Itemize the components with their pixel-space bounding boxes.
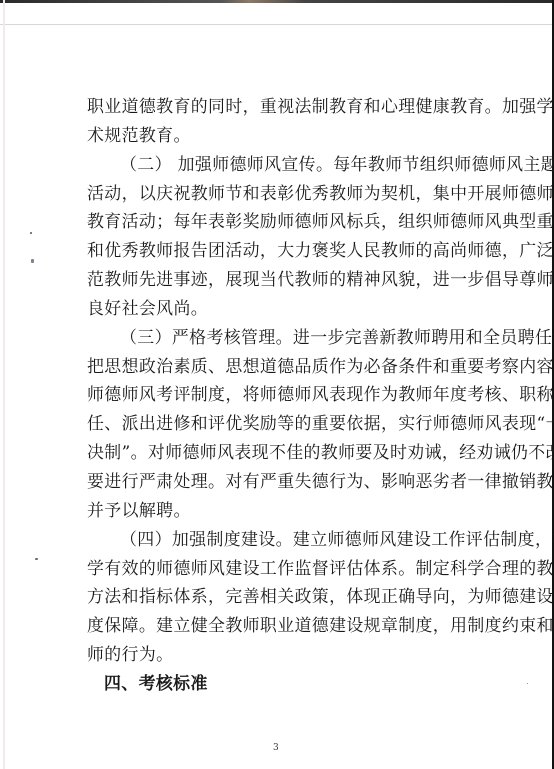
document-body: 职业道德教育的同时，重视法制教育和心理健康教育。加强学风和学 术规范教育。 （二… (87, 92, 467, 698)
paragraph-line: 良好社会风尚。 (87, 294, 467, 323)
scan-fold-line (0, 24, 554, 25)
section-3-first-line: （三）严格考核管理。进一步完善新教师聘用和全员聘任制度， (87, 323, 467, 352)
paragraph-line: 度保障。建立健全教师职业道德建设规章制度，用制度约束和规范教 (87, 611, 467, 640)
scan-speck (30, 232, 32, 234)
section-heading: 四、考核标准 (87, 669, 467, 698)
paragraph-line: 和优秀教师报告团活动，大力褒奖人民教师的高尚师德，广泛宣传模 (87, 236, 467, 265)
paragraph-line: 方法和指标体系，完善相关政策，体现正确导向，为师德建设提供制 (87, 582, 467, 611)
scan-speck (527, 683, 528, 684)
paragraph-line: 要进行严肃处理。对有严重失德行为、影响恶劣者一律撤销教师资格 (87, 467, 467, 496)
section-4-first-line: （四）加强制度建设。建立师德师风建设工作评估制度，构建科 (87, 525, 467, 554)
paragraph-line: 任、派出进修和评优奖励等的重要依据，实行师德师风表现“一票否 (87, 409, 467, 438)
paragraph-line: 把思想政治素质、思想道德品质作为必备条件和重要考察内容。建立 (87, 352, 467, 381)
paragraph-line: 职业道德教育的同时，重视法制教育和心理健康教育。加强学风和学 (87, 92, 467, 121)
scan-speck (35, 558, 38, 560)
paragraph-line: 术规范教育。 (87, 121, 467, 150)
paragraph-line: 并予以解聘。 (87, 496, 467, 525)
page-number: 3 (273, 743, 279, 753)
section-2-first-line: （二） 加强师德师风宣传。每年教师节组织师德师风主题教育 (87, 150, 467, 179)
paragraph-line: 师德师风考评制度，将师德师风表现作为教师年度考核、职称职务聘 (87, 380, 467, 409)
scan-edge-left (3, 0, 5, 769)
paragraph-line: 教育活动；每年表彰奖励师德师风标兵，组织师德师风典型重点宣传 (87, 207, 467, 236)
scan-speck (31, 259, 34, 263)
paragraph-line: 决制”。对师德师风表现不佳的教师要及时劝诫，经劝诫仍不改正的， (87, 438, 467, 467)
paragraph-line: 活动，以庆祝教师节和表彰优秀教师为契机，集中开展师德师风宣传 (87, 179, 467, 208)
paragraph-line: 师的行为。 (87, 640, 467, 669)
paragraph-line: 范教师先进事迹，展现当代教师的精神风貌，进一步倡导尊师重教的 (87, 265, 467, 294)
scan-edge-top (0, 0, 554, 3)
paragraph-line: 学有效的师德师风建设工作监督评估体系。制定科学合理的教师评价 (87, 554, 467, 583)
